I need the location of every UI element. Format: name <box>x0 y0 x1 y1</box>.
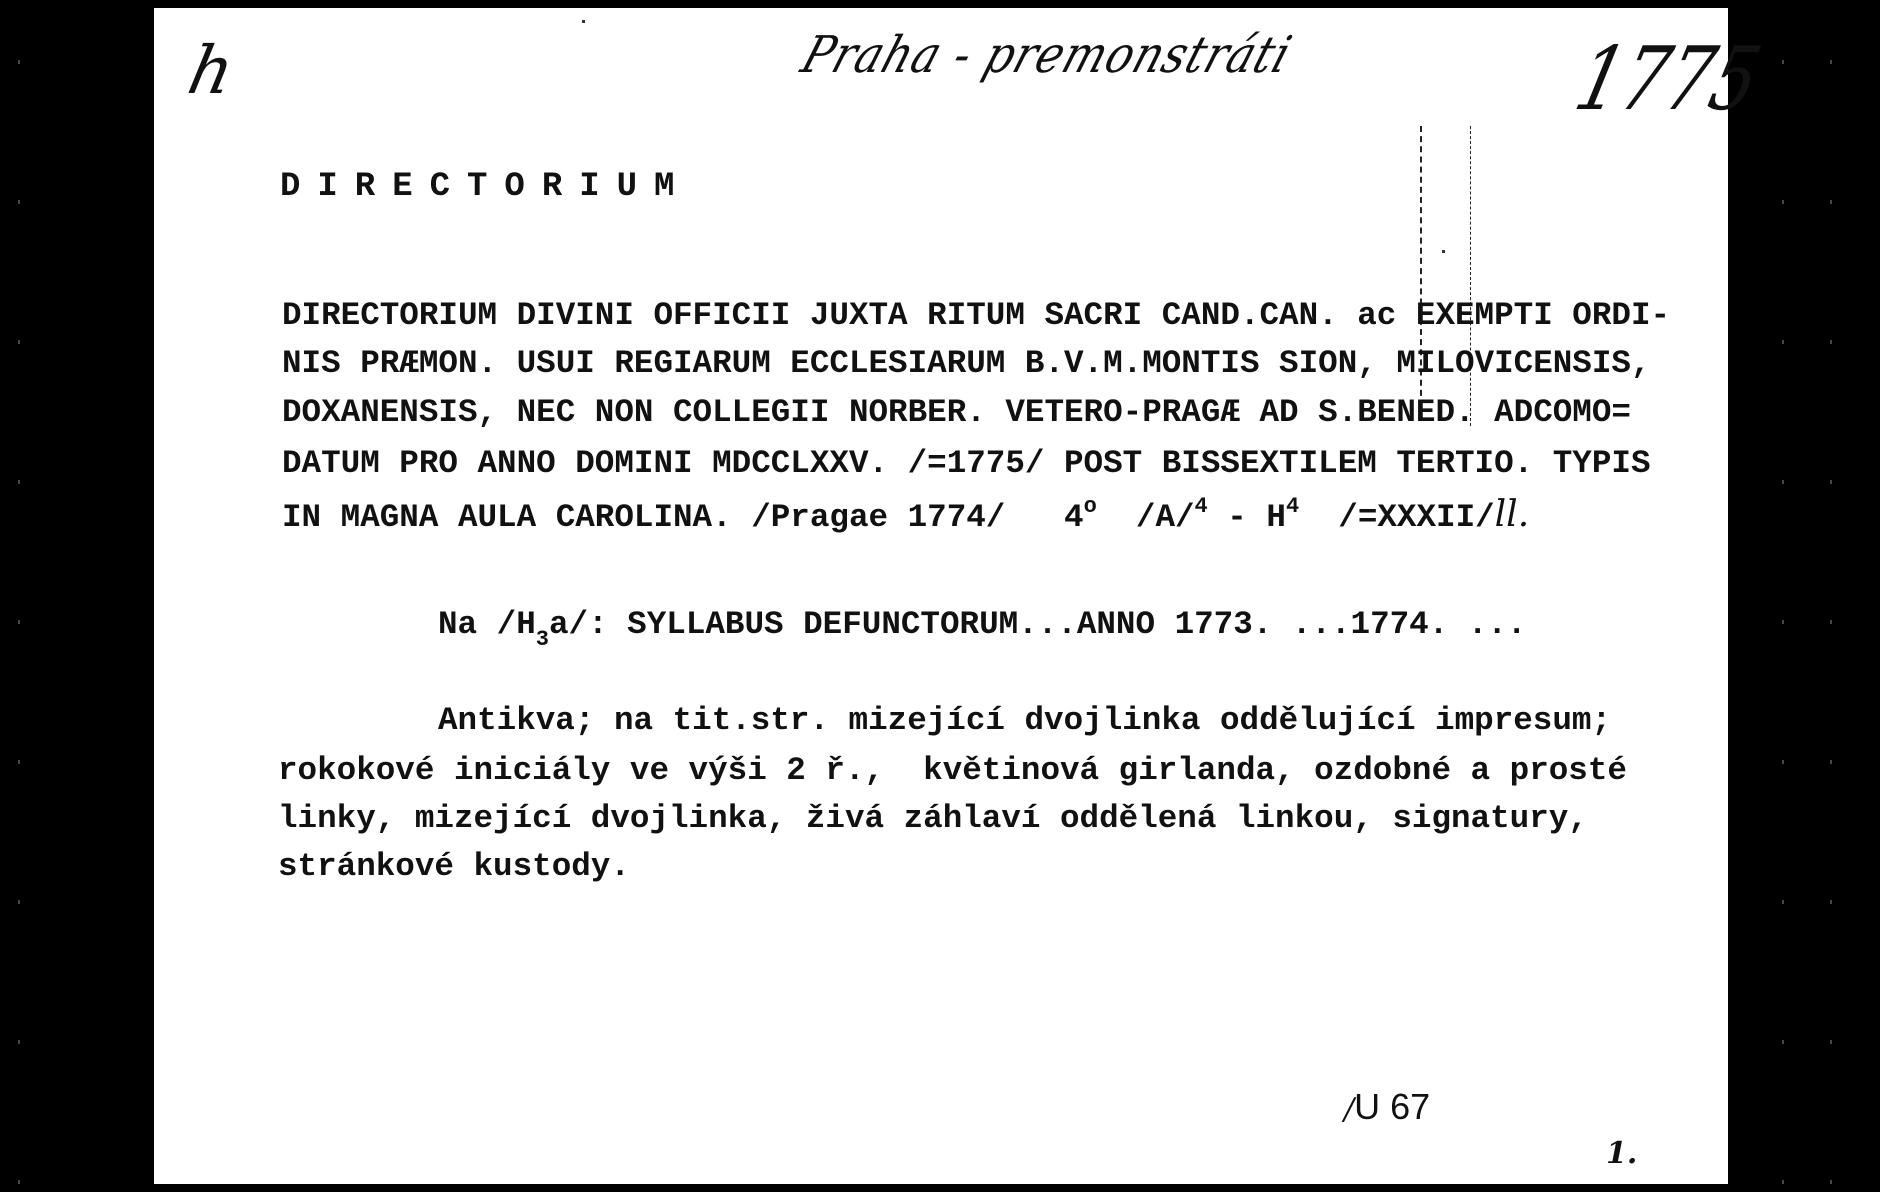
title-line: NIS PRÆMON. USUI REGIARUM ECCLESIARUM B.… <box>282 348 1651 381</box>
page-number: 1. <box>1606 1136 1637 1171</box>
scan-edge-left <box>18 0 20 1192</box>
collation-a: /A/ <box>1136 499 1195 536</box>
description-line: rokokové iniciály ve výši 2 ř., květinov… <box>278 752 1627 789</box>
description-line: stránkové kustody. <box>278 848 630 885</box>
shelfmark-value: U 67 <box>1354 1086 1430 1127</box>
collation-dash: - H <box>1208 499 1286 536</box>
description-line: linky, mizející dvojlinka, živá záhlaví … <box>278 800 1588 837</box>
note-na-prefix: Na /H <box>438 606 536 643</box>
scan-speck <box>582 20 585 23</box>
note-na-sub: 3 <box>536 627 549 652</box>
catalog-card: h Praha - premonstráti 1775 DIRECTORIUM … <box>154 8 1728 1184</box>
title-line: DOXANENSIS, NEC NON COLLEGII NORBER. VET… <box>282 397 1631 430</box>
format: 4 <box>1064 499 1084 536</box>
handwritten-corner-mark: h <box>182 32 241 109</box>
handwritten-year: 1775 <box>1566 28 1770 131</box>
collation-h-sup: 4 <box>1286 494 1299 519</box>
title-line: DATUM PRO ANNO DOMINI MDCCLXXV. /=1775/ … <box>282 448 1651 481</box>
shelfmark: /U 67 <box>1344 1086 1430 1128</box>
title-line: DIRECTORIUM DIVINI OFFICII JUXTA RITUM S… <box>282 300 1670 333</box>
imprint-line: IN MAGNA AULA CAROLINA. /Pragae 1774/ 4o… <box>282 496 1529 535</box>
format-sup: o <box>1084 494 1097 519</box>
leaves-count: /=XXXII/ <box>1338 499 1494 536</box>
scan-speck <box>1442 250 1445 253</box>
handwritten-place: Praha - premonstráti <box>794 26 1298 85</box>
collation-a-sup: 4 <box>1195 494 1208 519</box>
scan-edge-right-1 <box>1782 0 1784 1192</box>
imprint-text: IN MAGNA AULA CAROLINA. /Pragae 1774/ <box>282 499 1005 536</box>
leaves-handwritten: ll. <box>1495 494 1529 535</box>
shelfmark-prefix: / <box>1344 1092 1354 1127</box>
description-line: Antikva; na tit.str. mizející dvojlinka … <box>438 702 1611 739</box>
note-na-rest: a/: SYLLABUS DEFUNCTORUM...ANNO 1773. ..… <box>549 606 1527 643</box>
scan-edge-right-2 <box>1830 0 1832 1192</box>
note-na: Na /H3a/: SYLLABUS DEFUNCTORUM...ANNO 17… <box>438 606 1526 652</box>
card-heading: DIRECTORIUM <box>280 168 691 206</box>
